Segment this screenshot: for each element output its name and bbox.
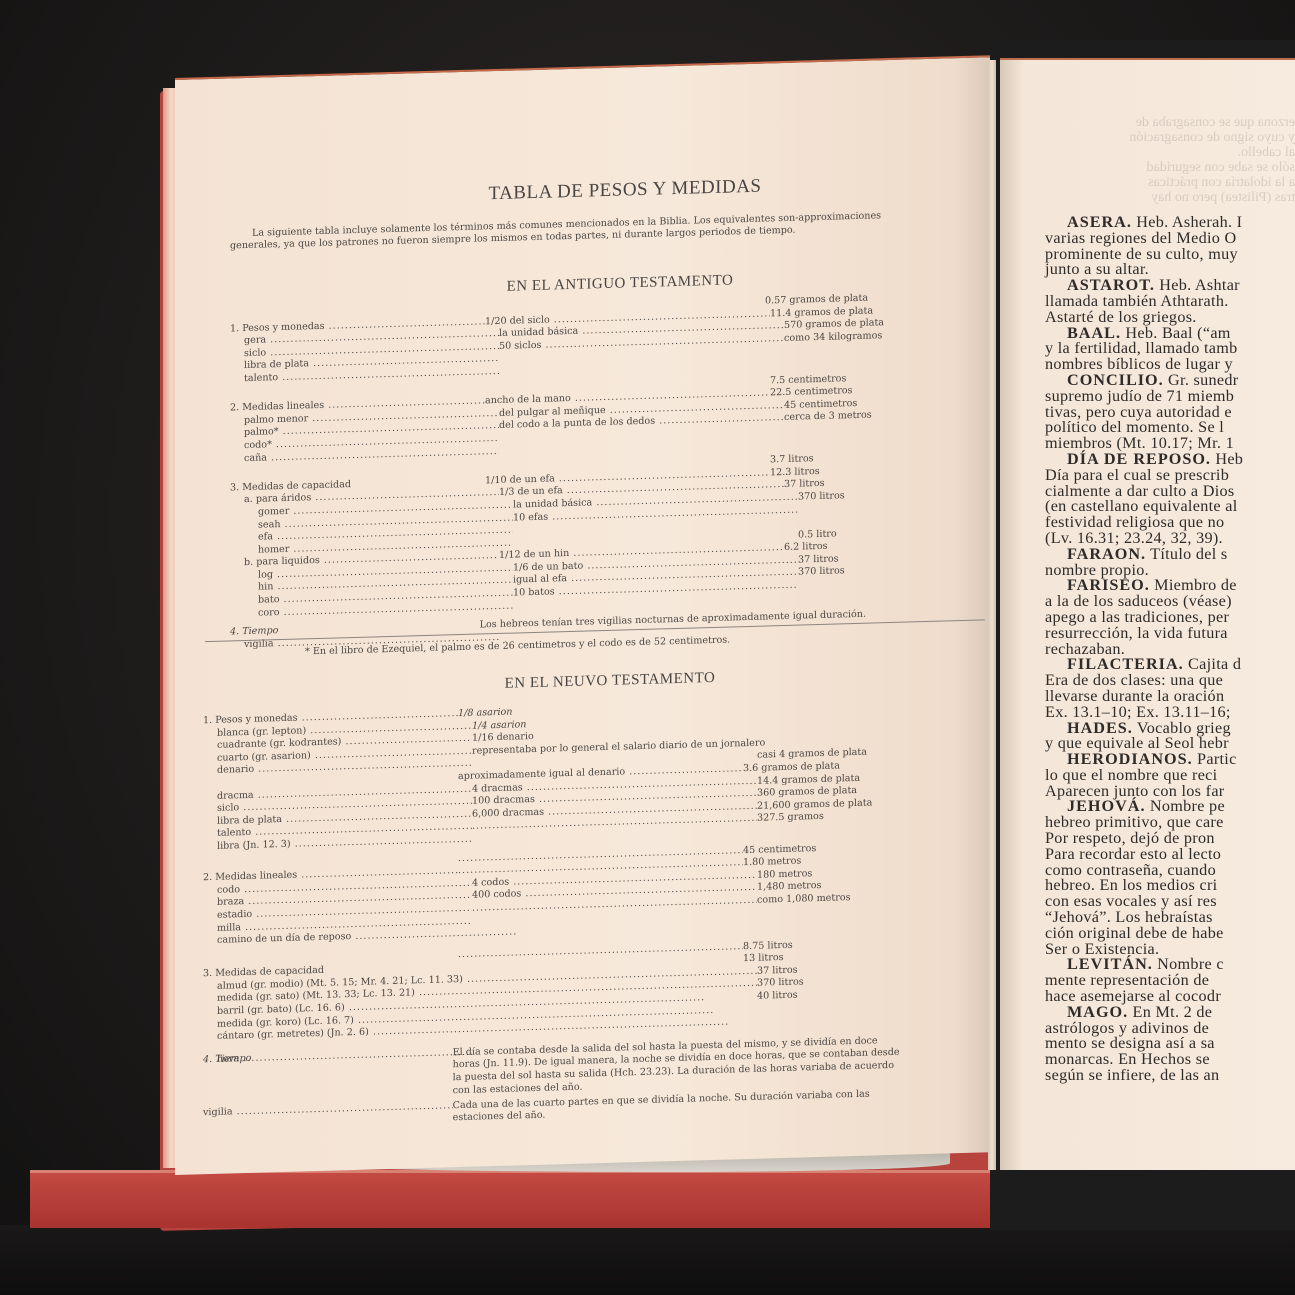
glossary-column: ASERA. Heb. Asherah. Ivarias regiones de… [1045, 215, 1295, 1084]
page-title: TABLA DE PESOS Y MEDIDAS [415, 174, 835, 208]
left-page: TABLA DE PESOS Y MEDIDAS La siguiente ta… [175, 55, 995, 1175]
section-heading-new-testament: EN EL NEUVO TESTAMENTO [400, 667, 820, 696]
glossary-line: según se infiere, de las an [1045, 1068, 1295, 1084]
table-surface [0, 1225, 1295, 1295]
intro-paragraph: La siguiente tabla incluye solamente los… [230, 209, 920, 252]
section-heading-old-testament: EN EL ANTIGUO TESTAMENTO [410, 270, 830, 299]
old-testament-table: 0.57 gramos de plata 1. Pesos y monedas1… [230, 291, 930, 652]
glossary-text: Título del s [1146, 545, 1227, 563]
show-through-text: erzona que se consagraba de y cuyo signo… [1045, 115, 1295, 205]
glossary-text: según se infiere, de las an [1045, 1066, 1219, 1084]
red-page-edge [30, 1170, 995, 1228]
new-testament-table: 1. Pesos y monedas1/8 asarion blanca (gr… [203, 696, 903, 1133]
book-gutter [988, 60, 996, 1170]
